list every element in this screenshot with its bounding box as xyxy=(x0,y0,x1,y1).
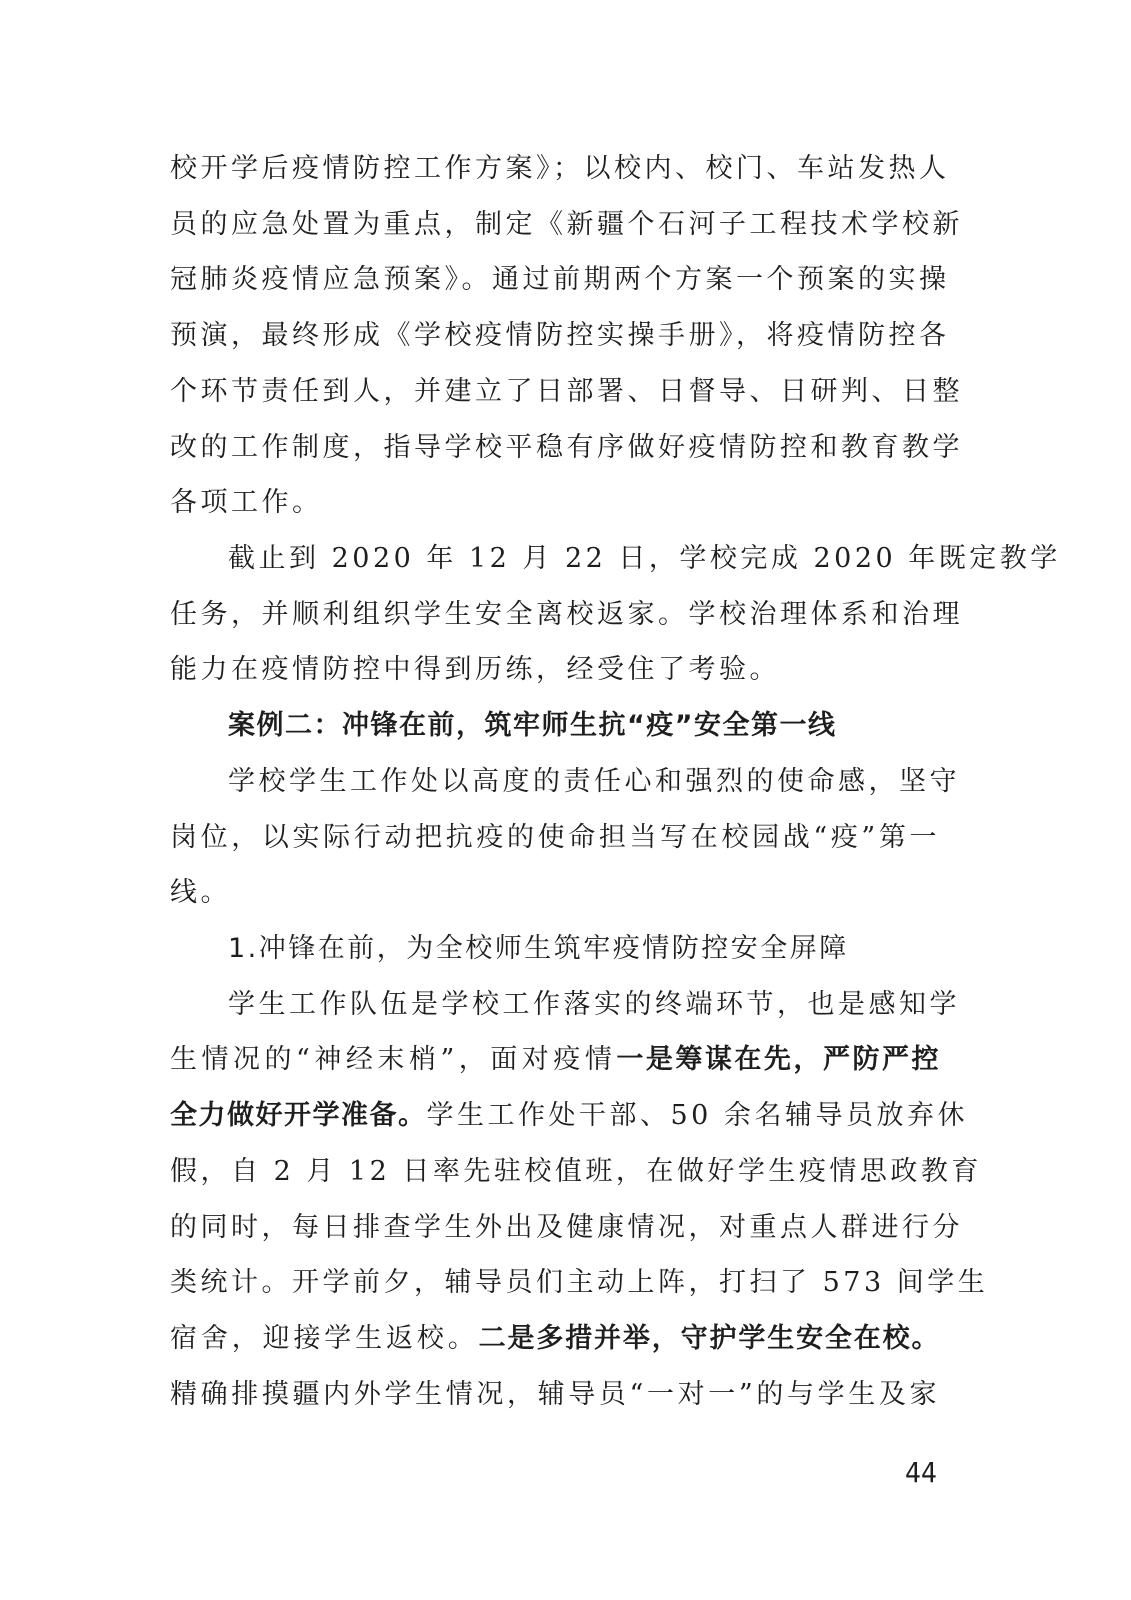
paragraph-3-line-3: 线。 xyxy=(170,873,940,913)
paragraph-4-line-3: 全力做好开学准备。学生工作处干部、50 余名辅导员放弃休 xyxy=(170,1096,940,1136)
page-number: 44 xyxy=(905,1456,937,1489)
paragraph-3-line-1: 学校学生工作处以高度的责任心和强烈的使命感，坚守 xyxy=(170,762,940,802)
paragraph-3-line-2: 岗位，以实际行动把抗疫的使命担当写在校园战“疫”第一 xyxy=(170,818,940,858)
paragraph-2-line-3: 能力在疫情防控中得到历练，经受住了考验。 xyxy=(170,650,940,690)
paragraph-1-line-2: 员的应急处置为重点，制定《新疆个石河子工程技术学校新 xyxy=(170,205,940,245)
paragraph-1-line-1: 校开学后疫情防控工作方案》；以校内、校门、车站发热人 xyxy=(170,149,940,189)
paragraph-1-line-3: 冠肺炎疫情应急预案》。通过前期两个方案一个预案的实操 xyxy=(170,260,940,300)
paragraph-4-line-1: 学生工作队伍是学校工作落实的终端环节，也是感知学 xyxy=(170,985,940,1025)
section-heading: 1.冲锋在前，为全校师生筑牢疫情防控安全屏障 xyxy=(170,929,940,969)
paragraph-1-line-7: 各项工作。 xyxy=(170,483,940,523)
emphasis-first-measure: 一是筹谋在先，严防严控 xyxy=(616,1044,940,1075)
paragraph-1-line-6: 改的工作制度，指导学校平稳有序做好疫情防控和教育教学 xyxy=(170,428,940,468)
paragraph-4-line-4: 假，自 2 月 12 日率先驻校值班，在做好学生疫情思政教育 xyxy=(170,1152,940,1192)
paragraph-1-line-5: 个环节责任到人，并建立了日部署、日督导、日研判、日整 xyxy=(170,372,940,412)
paragraph-4-line-8: 精确排摸疆内外学生情况，辅导员“一对一”的与学生及家 xyxy=(170,1375,940,1415)
paragraph-4-line-2-text: 生情况的“神经末梢”，面对疫情 xyxy=(170,1044,616,1075)
paragraph-2-line-1: 截止到 2020 年 12 月 22 日，学校完成 2020 年既定教学 xyxy=(170,539,940,579)
case-heading: 案例二：冲锋在前，筑牢师生抗“疫”安全第一线 xyxy=(170,706,940,746)
paragraph-4-line-7: 宿舍，迎接学生返校。二是多措并举，守护学生安全在校。 xyxy=(170,1319,940,1359)
paragraph-4-line-5: 的同时，每日排查学生外出及健康情况，对重点人群进行分 xyxy=(170,1208,940,1248)
paragraph-1-line-4: 预演，最终形成《学校疫情防控实操手册》，将疫情防控各 xyxy=(170,316,940,356)
paragraph-2-line-2: 任务，并顺利组织学生安全离校返家。学校治理体系和治理 xyxy=(170,595,940,635)
paragraph-4-line-7-text: 宿舍，迎接学生返校。 xyxy=(170,1323,479,1354)
emphasis-first-measure-cont: 全力做好开学准备。 xyxy=(170,1100,427,1131)
paragraph-4-line-2: 生情况的“神经末梢”，面对疫情一是筹谋在先，严防严控 xyxy=(170,1040,940,1080)
emphasis-second-measure: 二是多措并举，守护学生安全在校。 xyxy=(479,1323,940,1354)
paragraph-4-line-6: 类统计。开学前夕，辅导员们主动上阵，打扫了 573 间学生 xyxy=(170,1263,940,1303)
paragraph-4-line-3-text: 学生工作处干部、50 余名辅导员放弃休 xyxy=(427,1100,968,1131)
